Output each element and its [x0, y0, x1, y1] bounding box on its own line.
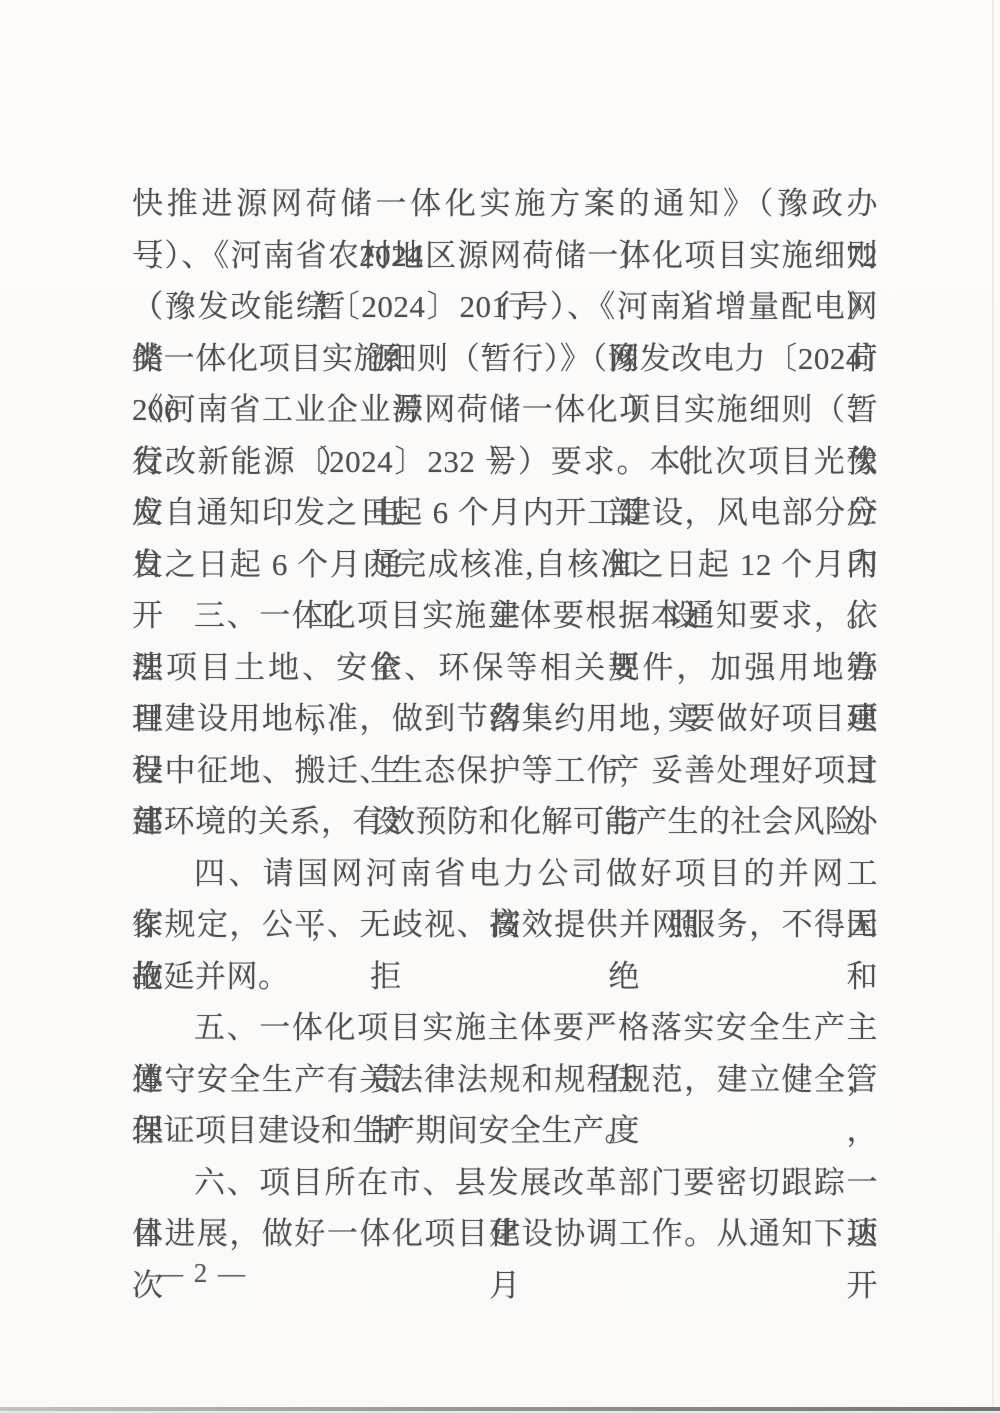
text-line: 目建设用地标准，做到节约集约用地，要做好项目建设生产过: [132, 693, 878, 745]
scan-edge-bottom-line: [0, 1407, 1000, 1411]
text-line: 快推进源网荷储一体化实施方案的通知》（豫政办〔2024〕72: [132, 178, 878, 230]
document-page: 快推进源网荷储一体化实施方案的通知》（豫政办〔2024〕72 号）、《河南省农村…: [0, 0, 1000, 1413]
text-line: 部环境的关系，有效预防和化解可能产生的社会风险。: [132, 796, 878, 848]
text-line: 四、请国网河南省电力公司做好项目的并网工作，按照国: [132, 848, 878, 900]
text-line: 发之日起 6 个月内完成核准,自核准之日起 12 个月内开工建设。: [132, 539, 878, 591]
text-line: 五、一体化项目实施主体要严格落实安全生产主体责任，: [132, 1002, 878, 1054]
text-line: 发改新能源〔2024〕232 号）要求。本批次项目光伏发电部分: [132, 436, 878, 488]
text-line: 理项目土地、安全、环保等相关要件，加强用地管理，落实项: [132, 642, 878, 694]
text-line: 程中征地、搬迁、生态保护等工作，妥善处理好项目建设与外: [132, 745, 878, 797]
page-number: — 2 —: [156, 1255, 247, 1291]
scan-edge-right-line: [992, 0, 994, 1413]
text-line: 号）、《河南省农村地区源网荷储一体化项目实施细则（暂行）》: [132, 230, 878, 282]
text-line: 遵守安全生产有关法律法规和规程规范，建立健全管理制度，: [132, 1054, 878, 1106]
text-line: 应自通知印发之日起 6 个月内开工建设，风电部分应自通知印: [132, 487, 878, 539]
text-line: 家规定，公平、无歧视、高效提供并网服务，不得无故拒绝和: [132, 899, 878, 951]
text-line: 《河南省工业企业源网荷储一体化项目实施细则（暂行）》（豫: [132, 384, 878, 436]
body-text: 快推进源网荷储一体化实施方案的通知》（豫政办〔2024〕72 号）、《河南省农村…: [132, 178, 878, 1260]
text-line: 目进展，做好一体化项目建设协调工作。从通知下达次月开: [132, 1208, 878, 1260]
text-line: 三、一体化项目实施主体要根据本通知要求，依法依规办: [132, 590, 878, 642]
text-line: 六、项目所在市、县发展改革部门要密切跟踪一体化项: [132, 1157, 878, 1209]
text-line: （豫发改能综〔2024〕201 号）、《河南省增量配电网类源网荷: [132, 281, 878, 333]
text-line: 储一体化项目实施细则（暂行）》（豫发改电力〔2024〕206 号）、: [132, 333, 878, 385]
